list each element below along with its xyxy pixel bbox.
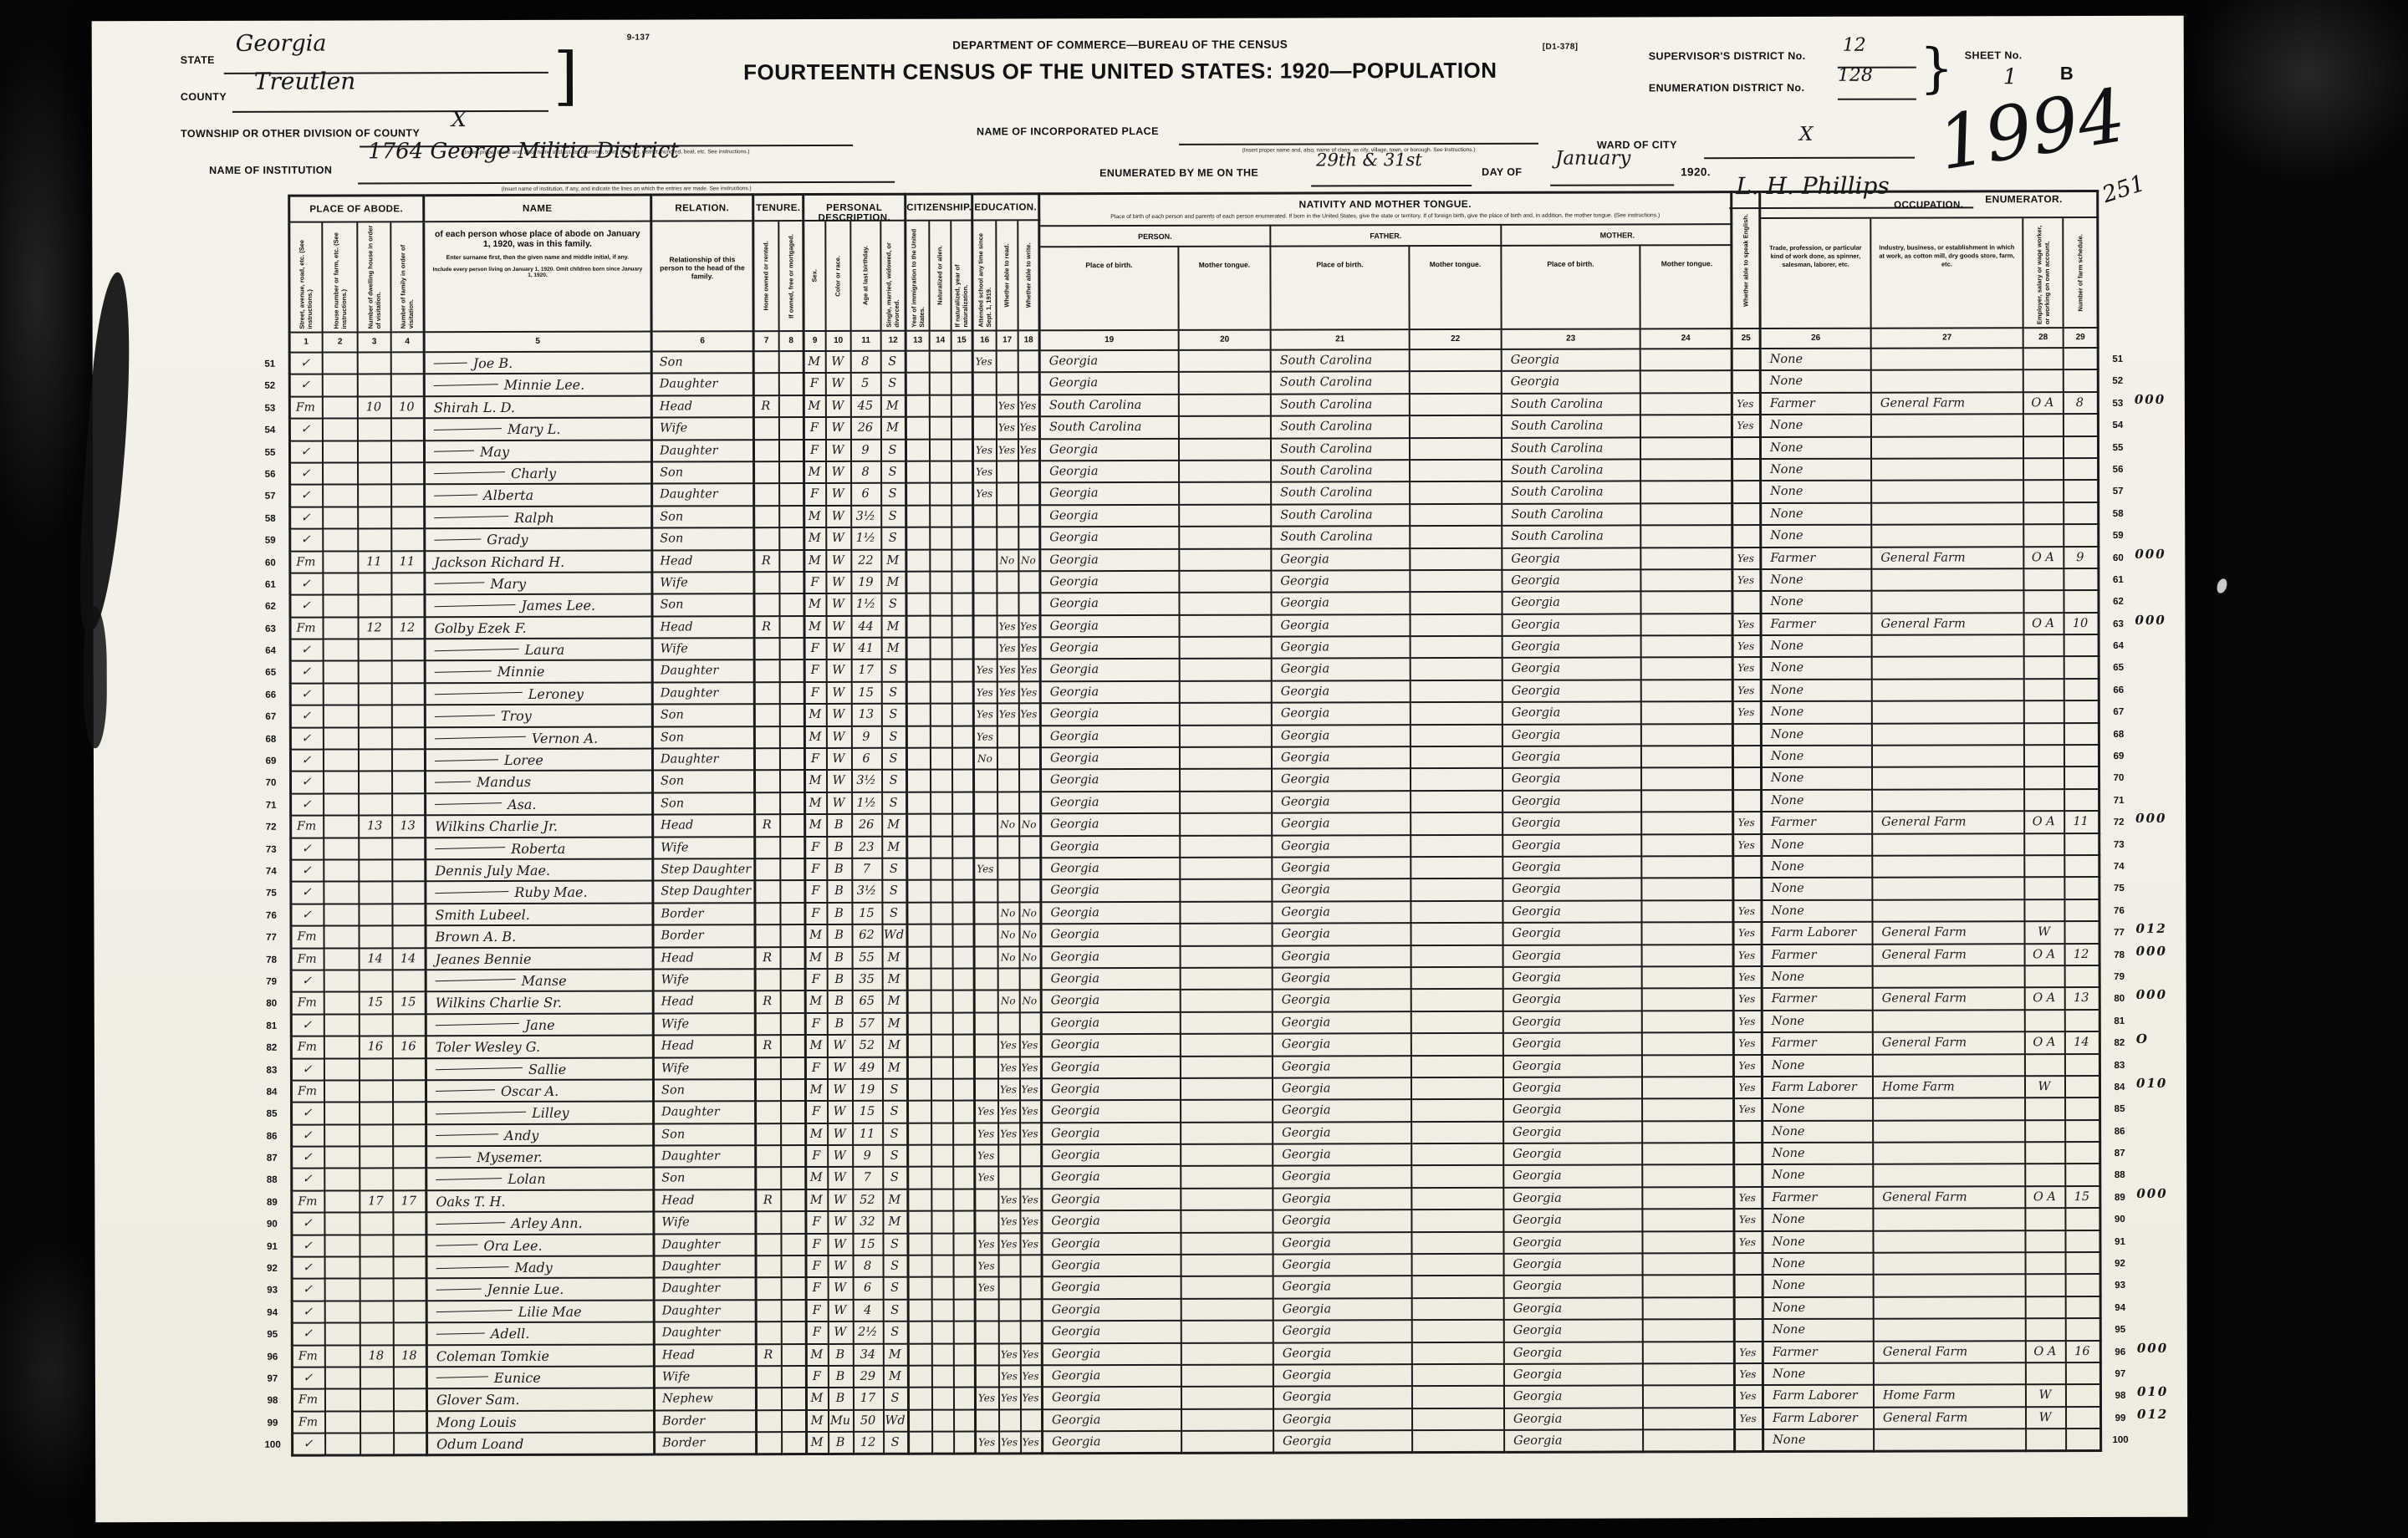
value-occupation: None <box>1764 1298 1873 1316</box>
value-pob-father: Georgia <box>1274 1343 1411 1362</box>
cell-occupation: Farmer <box>1763 812 1873 835</box>
value-name: Ruby Mae. <box>426 882 651 903</box>
value-color: W <box>828 683 851 701</box>
cell-empty <box>324 883 360 905</box>
cell-empty <box>1412 1012 1504 1035</box>
value-name: Eunice <box>428 1367 653 1388</box>
cell-empty <box>1641 570 1733 593</box>
margin-annotation: 000 <box>2137 1340 2168 1355</box>
cell-pob-mother: Georgia <box>1505 1254 1644 1276</box>
cell-home <box>758 1411 783 1433</box>
value-pob: Georgia <box>1041 527 1178 546</box>
cell-school <box>975 925 998 947</box>
col-number-9: 9 <box>805 332 827 352</box>
value-color: W <box>827 440 850 458</box>
cell-employment <box>2024 481 2064 503</box>
value-relation: Son <box>653 595 752 614</box>
cell-occupation: Farmer <box>1762 547 1872 570</box>
value-write: No <box>1019 550 1038 568</box>
value-english: Yes <box>1735 1077 1761 1095</box>
value-relation: Son <box>653 352 752 370</box>
line-number-left: 84 <box>253 1082 290 1104</box>
cell-write: Yes <box>1020 682 1042 704</box>
cell-dwelling <box>361 1280 395 1301</box>
cell-empty <box>780 374 805 395</box>
cell-farm-no <box>2064 525 2099 547</box>
value-pob-mother: Georgia <box>1505 1408 1642 1427</box>
cell-empty <box>952 528 974 550</box>
value-pob: Georgia <box>1043 1211 1180 1230</box>
value-age: 11 <box>854 1123 882 1142</box>
cell-industry <box>1872 481 2024 504</box>
value-relation: Wife <box>653 573 752 591</box>
value-name: Wilkins Charlie Sr. <box>427 992 652 1013</box>
cell-empty <box>1641 548 1733 571</box>
line-number-left: 60 <box>252 552 288 574</box>
value-age: 3½ <box>853 881 881 899</box>
cell-empty <box>1642 680 1734 703</box>
value-pob-mother: Georgia <box>1503 813 1640 832</box>
cell-empty <box>953 682 975 704</box>
cell-empty <box>1643 1122 1735 1144</box>
value-english: Yes <box>1733 570 1759 588</box>
value-pob: Georgia <box>1043 1189 1180 1208</box>
cell-empty <box>932 1189 954 1211</box>
cell-occupation: None <box>1763 768 1873 791</box>
cell-family <box>394 1103 427 1125</box>
col-label-25-text: Whether able to speak English. <box>1742 214 1750 307</box>
value-color: B <box>829 947 852 965</box>
value-pob: Georgia <box>1043 1366 1181 1384</box>
cell-empty <box>1181 1145 1273 1168</box>
value-mark: ✓ <box>293 1280 324 1297</box>
line-number-right: 83 <box>2101 1054 2138 1077</box>
value-mark: ✓ <box>293 970 324 988</box>
cell-marital: M <box>884 1036 909 1057</box>
cell-empty <box>781 771 806 792</box>
cell-empty <box>1412 990 1504 1012</box>
value-pob-father: South Carolina <box>1272 350 1409 369</box>
cell-name: Jackson Richard H. <box>426 551 653 573</box>
value-pob-father: Georgia <box>1273 792 1410 810</box>
value-pob-mother: Georgia <box>1505 1364 1642 1383</box>
value-color: B <box>828 815 851 833</box>
value-dwelling: 10 <box>359 397 390 415</box>
cell-empty <box>954 991 976 1013</box>
value-marital: S <box>882 506 905 524</box>
cell-empty <box>1643 1033 1735 1056</box>
value-age: 1½ <box>852 594 880 613</box>
group-place-of-abode: PLACE OF ABODE. <box>288 194 425 222</box>
value-sex: F <box>806 639 826 657</box>
value-pob-mother: South Carolina <box>1502 394 1640 412</box>
value-pob-mother: Georgia <box>1504 1034 1641 1052</box>
value-pob-father: South Carolina <box>1272 416 1409 435</box>
value-write: Yes <box>1022 1366 1041 1383</box>
value-name: Smith Lubeel. <box>426 904 651 924</box>
cell-english: Yes <box>1733 570 1762 592</box>
value-marital: S <box>884 1080 906 1098</box>
cell-empty <box>1180 505 1272 527</box>
cell-read <box>997 572 1019 593</box>
cell-home <box>756 749 781 771</box>
value-pob-father: Georgia <box>1272 549 1409 568</box>
line-number-left: 80 <box>253 993 290 1016</box>
cell-empty <box>1411 527 1502 549</box>
value-mark: Fm <box>292 927 323 945</box>
cell-empty <box>324 441 359 464</box>
value-pob-father: Georgia <box>1273 1100 1411 1118</box>
value-pob-mother: South Carolina <box>1502 504 1640 522</box>
cell-marital: Wd <box>883 925 908 947</box>
value-write: Yes <box>1020 660 1039 678</box>
cell-family: 12 <box>393 618 426 639</box>
value-relation: Head <box>653 551 752 569</box>
cell-home <box>758 1322 783 1344</box>
value-read: No <box>997 550 1018 568</box>
line-number-right: 89000 <box>2101 1187 2138 1210</box>
cell-empty <box>932 1079 954 1101</box>
cell-empty <box>931 749 953 771</box>
cell-empty <box>324 375 359 398</box>
cell-school: Yes <box>974 351 997 373</box>
col-label-25: Whether able to speak English. <box>1732 191 1761 329</box>
cell-industry <box>1874 1055 2026 1077</box>
value-occupation: Farmer <box>1763 1188 1872 1206</box>
cell-family <box>394 1235 427 1257</box>
value-color: W <box>827 374 850 392</box>
cell-employment <box>2025 878 2065 900</box>
cell-pob-father: Georgia <box>1273 681 1411 704</box>
cell-empty <box>1412 1166 1504 1189</box>
value-relation: Son <box>655 1169 754 1187</box>
cell-read <box>998 858 1020 880</box>
cell-dwelling <box>360 926 393 948</box>
line-col-head-right <box>2099 190 2135 349</box>
cell-relation: Daughter <box>656 1256 758 1279</box>
cell-empty <box>324 772 360 795</box>
cell-name: Ruby Mae. <box>426 882 654 904</box>
cell-color: W <box>827 550 852 572</box>
cell-occupation: None <box>1762 526 1872 548</box>
value-family: 16 <box>394 1036 425 1055</box>
value-occupation: Farmer <box>1763 1033 1872 1052</box>
cell-pob-father: Georgia <box>1272 571 1411 593</box>
group-occupation: OCCUPATION. <box>1761 190 2099 219</box>
cell-age: 2½ <box>855 1322 885 1344</box>
cell-pob-father: Georgia <box>1273 770 1411 792</box>
cell-empty <box>932 1013 954 1035</box>
cell-mark: ✓ <box>289 706 324 729</box>
cell-dwelling <box>360 728 393 750</box>
cell-farm-no <box>2065 790 2100 812</box>
cell-read: Yes <box>1000 1433 1022 1454</box>
cell-marital: M <box>885 1367 910 1388</box>
cell-marital: S <box>884 1080 909 1102</box>
cell-industry: General Farm <box>1872 547 2024 570</box>
cell-family <box>392 529 426 551</box>
value-relation: Step Daughter <box>654 882 753 900</box>
cell-name: Minnie Lee. <box>426 374 653 397</box>
cell-read: Yes <box>1000 1344 1022 1366</box>
cell-pob-mother: Georgia <box>1503 703 1642 726</box>
cell-empty <box>933 1433 955 1454</box>
cell-empty <box>955 1322 977 1344</box>
value-industry: Home Farm <box>1875 1386 2025 1404</box>
cell-write: Yes <box>1019 440 1041 461</box>
value-pob: Georgia <box>1041 351 1178 369</box>
line-number-left: 75 <box>253 883 289 905</box>
value-color: W <box>827 418 850 436</box>
cell-empty <box>1180 351 1272 374</box>
value-sex: F <box>806 749 826 767</box>
cell-color: W <box>828 749 853 771</box>
cell-read: Yes <box>998 705 1020 726</box>
cell-pob-father: Georgia <box>1274 1343 1413 1366</box>
cell-empty <box>325 1148 360 1170</box>
cell-marital: S <box>884 1123 909 1145</box>
cell-english: Yes <box>1736 1386 1764 1408</box>
ditto-flourish <box>436 1266 509 1269</box>
cell-empty <box>1180 395 1272 417</box>
cell-pob-father: South Carolina <box>1272 527 1411 549</box>
value-sex: F <box>805 441 825 459</box>
cell-mark: ✓ <box>288 441 324 464</box>
cell-empty <box>1181 1123 1273 1145</box>
cell-age: 50 <box>855 1411 885 1433</box>
cell-occupation: None <box>1764 1430 1875 1453</box>
value-age: 9 <box>853 726 881 745</box>
value-name: Oscar A. <box>427 1080 652 1101</box>
ditto-flourish <box>436 1287 482 1290</box>
value-age: 57 <box>854 1014 882 1032</box>
film-scan-background: 9-137 STATE Georgia COUNTY Treutlen ] DE… <box>0 0 2408 1538</box>
value-relation: Daughter <box>653 374 752 393</box>
line-col-head-left <box>251 195 288 354</box>
value-pob-father: Georgia <box>1273 1078 1411 1097</box>
cell-pob: Georgia <box>1042 660 1181 682</box>
line-number-right: 56 <box>2099 459 2136 481</box>
cell-read <box>998 837 1020 858</box>
cell-empty <box>781 683 806 705</box>
cell-empty <box>954 1079 976 1101</box>
cell-pob: Georgia <box>1042 814 1181 837</box>
film-smudge-top-right <box>2191 0 2408 184</box>
cell-name: Dennis July Mae. <box>426 860 654 883</box>
day-of-label: DAY OF <box>1482 166 1522 178</box>
value-pob-father: Georgia <box>1274 1431 1411 1449</box>
doc-code: [D1-378] <box>1543 43 1579 52</box>
cell-empty <box>907 440 931 461</box>
cell-empty <box>1642 725 1734 747</box>
value-name: Jennie Lue. <box>428 1279 653 1300</box>
value-name: Ora Lee. <box>427 1235 652 1255</box>
value-color: W <box>829 1278 853 1296</box>
cell-empty <box>1411 416 1502 439</box>
cell-empty <box>931 925 953 947</box>
cell-occupation: None <box>1764 1254 1875 1276</box>
cell-pob: Georgia <box>1043 1343 1182 1366</box>
cell-employment <box>2025 856 2065 878</box>
value-age: 3½ <box>852 507 880 525</box>
cell-empty <box>931 792 953 814</box>
value-marital: S <box>883 793 906 812</box>
value-color: W <box>829 1080 852 1098</box>
cell-empty <box>1644 1342 1736 1365</box>
value-employment: O A <box>2026 1032 2064 1051</box>
cell-school: Yes <box>975 726 998 748</box>
cell-occupation: None <box>1764 1364 1875 1387</box>
cell-home <box>758 1367 783 1388</box>
col-number-14: 14 <box>931 332 952 352</box>
cell-family <box>394 1059 427 1081</box>
value-pob-mother: Georgia <box>1503 791 1640 809</box>
cell-empty <box>1180 571 1272 593</box>
cell-empty <box>1181 770 1273 792</box>
value-pob-father: South Carolina <box>1272 527 1409 545</box>
cell-empty <box>324 530 359 553</box>
cell-home <box>757 1014 782 1036</box>
cell-name: Grady <box>426 529 653 552</box>
line-number-right: 97 <box>2102 1363 2139 1386</box>
value-name: Adell. <box>428 1323 653 1344</box>
cell-write <box>1022 1255 1043 1277</box>
cell-color: W <box>827 418 852 440</box>
cell-empty <box>324 486 359 508</box>
value-sex: M <box>805 396 825 415</box>
cell-empty <box>909 1168 932 1189</box>
ditto-flourish <box>434 450 474 452</box>
cell-color: W <box>828 793 853 815</box>
value-occupation: None <box>1762 570 1870 588</box>
value-pob-father: Georgia <box>1273 924 1410 942</box>
cell-mark: ✓ <box>290 1015 325 1037</box>
cell-empty <box>324 927 360 950</box>
cell-marital: M <box>884 970 909 991</box>
value-occupation: None <box>1763 1121 1872 1139</box>
value-read: Yes <box>997 395 1018 413</box>
cell-empty <box>931 815 953 837</box>
line-number-right: 57 <box>2099 481 2136 503</box>
value-pob-mother: Georgia <box>1503 680 1640 699</box>
cell-home <box>756 705 781 726</box>
cell-empty <box>782 948 807 970</box>
cell-pob-father: Georgia <box>1273 1233 1412 1255</box>
cell-mark: ✓ <box>291 1258 326 1281</box>
cell-dwelling <box>361 1257 395 1279</box>
cell-empty <box>1412 1210 1504 1233</box>
value-pob: Georgia <box>1041 549 1178 568</box>
cell-name: Mady <box>428 1257 656 1280</box>
cell-mark: ✓ <box>289 684 324 706</box>
value-occupation: None <box>1763 1143 1872 1162</box>
cell-empty <box>909 1123 932 1145</box>
cell-pob: Georgia <box>1043 991 1181 1013</box>
value-marital: S <box>883 859 906 878</box>
value-mark: ✓ <box>291 375 322 393</box>
line-number-left: 53 <box>252 397 288 420</box>
cell-occupation: None <box>1762 437 1872 460</box>
value-color: W <box>828 727 851 746</box>
line-number-left: 93 <box>254 1280 291 1302</box>
cell-marital: M <box>883 639 908 660</box>
value-age: 44 <box>853 616 881 634</box>
line-number-left: 69 <box>253 751 289 773</box>
col-number-15: 15 <box>952 332 974 352</box>
cell-pob-father: Georgia <box>1273 968 1412 991</box>
cell-occupation: None <box>1762 415 1872 438</box>
cell-school <box>977 1300 1000 1322</box>
cell-pob-mother: Georgia <box>1503 901 1642 924</box>
cell-sex: M <box>806 771 828 792</box>
cell-farm-no: 9 <box>2064 547 2099 570</box>
cell-relation: Head <box>655 948 757 970</box>
cell-mark: ✓ <box>289 904 324 927</box>
value-pob-father: Georgia <box>1273 1210 1411 1229</box>
value-pob: Georgia <box>1041 373 1178 391</box>
cell-marital: S <box>883 793 908 815</box>
value-color: W <box>827 528 850 547</box>
cell-read: No <box>999 991 1021 1013</box>
cell-empty <box>909 991 932 1013</box>
cell-name: Wilkins Charlie Jr. <box>426 816 654 838</box>
cell-industry <box>1872 525 2024 547</box>
cell-occupation: None <box>1762 592 1872 614</box>
enumerated-underline <box>1311 185 1472 187</box>
value-pob: Georgia <box>1043 1300 1181 1318</box>
cell-family <box>394 1125 427 1147</box>
cell-color: W <box>827 573 852 594</box>
value-pob-father: Georgia <box>1273 615 1410 634</box>
cell-empty <box>1181 836 1273 858</box>
cell-pob: Georgia <box>1041 439 1180 461</box>
cell-industry: General Farm <box>1875 1408 2027 1430</box>
cell-empty <box>1413 1387 1505 1409</box>
cell-farm-no <box>2064 481 2099 503</box>
value-mark: Fm <box>293 993 324 1011</box>
cell-employment: W <box>2026 1077 2066 1099</box>
cell-empty <box>324 838 360 861</box>
cell-write <box>1020 858 1042 880</box>
value-pob-father: South Carolina <box>1272 482 1409 501</box>
cell-color: W <box>827 484 852 506</box>
cell-marital: S <box>884 1234 909 1255</box>
cell-sex: M <box>807 1190 829 1212</box>
cell-empty <box>1412 1232 1504 1255</box>
value-pob-mother: Georgia <box>1504 1166 1641 1184</box>
cell-dwelling <box>360 860 393 882</box>
cell-empty <box>1182 1409 1274 1432</box>
col-label-29: Number of farm schedule. <box>2064 218 2099 328</box>
cell-mark: ✓ <box>289 640 324 663</box>
cell-home <box>756 683 781 705</box>
value-age: 62 <box>853 925 881 944</box>
value-write: Yes <box>1020 638 1039 655</box>
cell-age: 9 <box>852 440 882 461</box>
value-occupation: Farmer <box>1762 393 1870 411</box>
cell-empty <box>781 904 806 925</box>
value-pob: Georgia <box>1041 593 1178 612</box>
value-name: May <box>426 441 650 461</box>
cell-pob-father: Georgia <box>1273 1057 1412 1079</box>
cell-empty <box>952 506 974 527</box>
value-english: Yes <box>1735 1011 1761 1029</box>
cell-name: Loree <box>426 750 654 772</box>
cell-empty <box>952 418 974 440</box>
cell-school: Yes <box>974 461 997 483</box>
cell-empty <box>1181 726 1273 748</box>
value-pob-mother: Georgia <box>1504 1011 1641 1030</box>
